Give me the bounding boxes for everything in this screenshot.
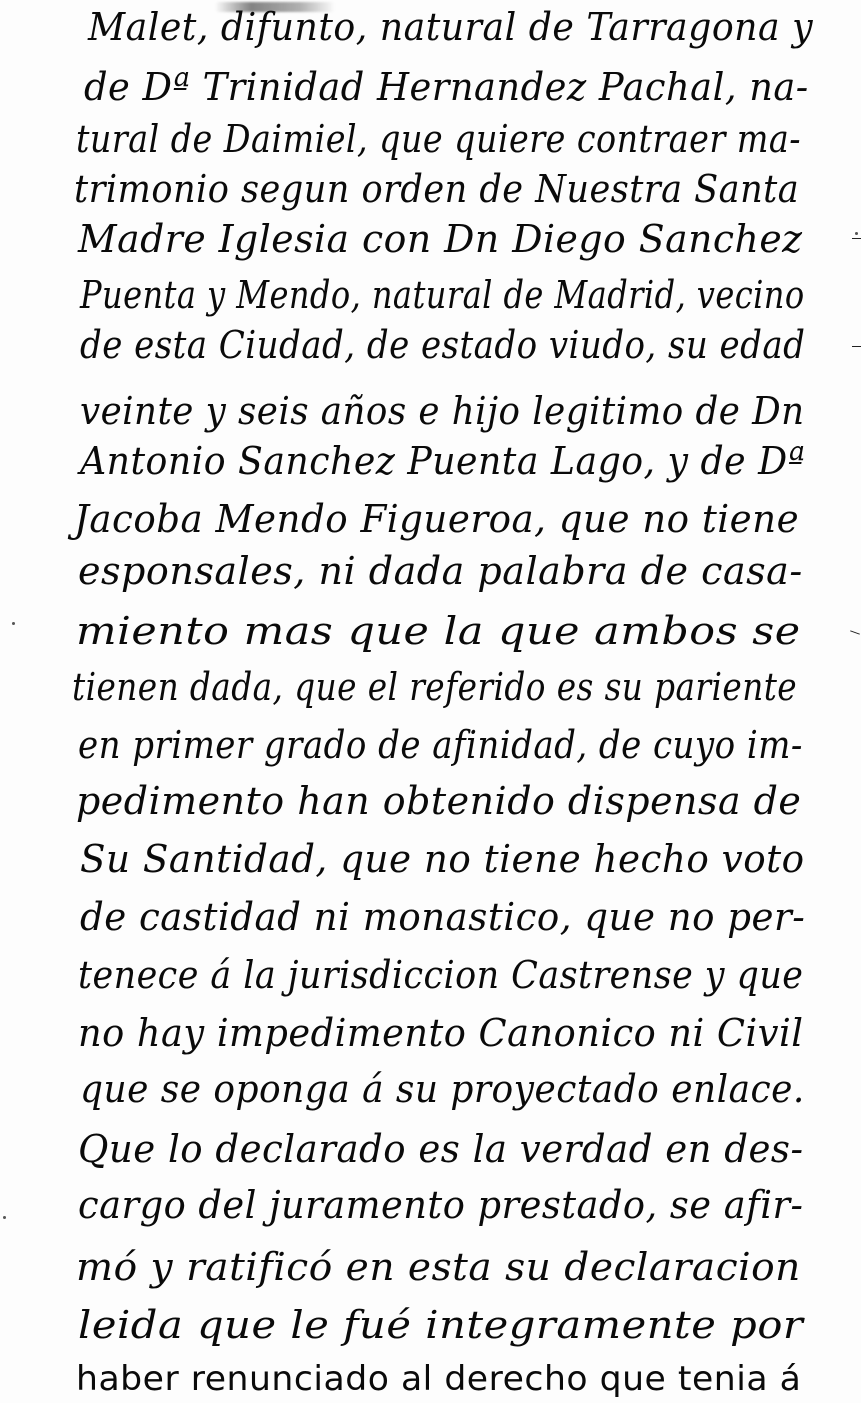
manuscript-line: en primer grado de afinidad, de cuyo im-: [78, 726, 803, 764]
margin-mark: [852, 346, 861, 347]
manuscript-line: Su Santidad, que no tiene hecho voto: [80, 840, 805, 878]
manuscript-line: mó y ratificó en esta su declaracion: [76, 1248, 801, 1286]
speck: [12, 622, 15, 625]
manuscript-line: Que lo declarado es la verdad en des-: [78, 1130, 803, 1168]
manuscript-line: de castidad ni monastico, que no per-: [80, 898, 805, 936]
manuscript-page: Malet, difunto, natural de Tarragona y d…: [0, 0, 861, 1403]
manuscript-line: veinte y seis años e hijo legitimo de Dn: [80, 392, 805, 430]
manuscript-line: Madre Iglesia con Dn Diego Sanchez: [78, 220, 803, 258]
manuscript-line: leida que le fué integramente por: [78, 1306, 803, 1344]
speck: [3, 1216, 6, 1219]
margin-mark: [852, 238, 861, 239]
manuscript-line: Antonio Sanchez Puenta Lago, y de Dª: [80, 442, 805, 480]
manuscript-line: pedimento han obtenido dispensa de: [76, 782, 801, 820]
manuscript-line-print: haber renunciado al derecho que tenia á: [76, 1362, 801, 1396]
manuscript-line: de Dª Trinidad Hernandez Pachal, na-: [84, 68, 809, 106]
manuscript-line: que se oponga á su proyectado enlace.: [80, 1070, 805, 1108]
manuscript-line: esponsales, ni dada palabra de casa-: [78, 552, 803, 590]
manuscript-line: de esta Ciudad, de estado viudo, su edad: [80, 326, 805, 364]
manuscript-line: tural de Daimiel, que quiere contraer ma…: [76, 120, 801, 158]
speck: [855, 232, 858, 235]
margin-mark: [850, 630, 860, 634]
manuscript-line: Jacoba Mendo Figueroa, que no tiene: [74, 500, 799, 538]
manuscript-line: miento mas que la que ambos se: [76, 612, 801, 650]
manuscript-line: tienen dada, que el referido es su parie…: [72, 668, 797, 706]
manuscript-line: no hay impedimento Canonico ni Civil: [78, 1014, 803, 1052]
manuscript-line: tenece á la jurisdiccion Castrense y que: [78, 956, 803, 994]
manuscript-line: cargo del juramento prestado, se afir-: [78, 1186, 803, 1224]
manuscript-line: Puenta y Mendo, natural de Madrid, vecin…: [80, 276, 805, 314]
manuscript-line: trimonio segun orden de Nuestra Santa: [74, 170, 799, 208]
manuscript-line: Malet, difunto, natural de Tarragona y: [88, 8, 813, 46]
